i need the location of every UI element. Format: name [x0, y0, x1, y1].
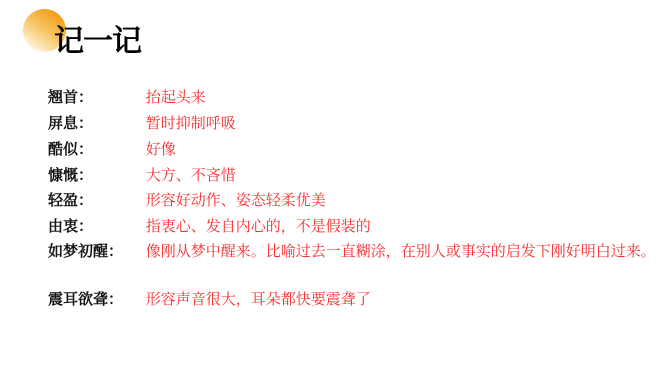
term-label: 震耳欲聋：: [48, 287, 141, 312]
term-label: 如梦初醒：: [48, 239, 141, 264]
definition-text: 形容好动作、姿态轻柔优美: [146, 191, 326, 209]
term-label: 酷似：: [48, 137, 141, 162]
definition-text: 形容声音很大，耳朵都快要震聋了: [146, 290, 371, 308]
definition-text: 暂时抑制呼吸: [146, 114, 236, 132]
term-label: 轻盈：: [48, 188, 141, 213]
definition-text: 好像: [146, 140, 176, 158]
vocabulary-row: 轻盈： 形容好动作、姿态轻柔优美: [48, 188, 326, 213]
vocabulary-row: 震耳欲聋： 形容声音很大，耳朵都快要震聋了: [48, 287, 371, 312]
term-label: 屏息：: [48, 111, 141, 136]
term-label: 翘首：: [48, 85, 141, 110]
definition-text: 抬起头来: [146, 88, 206, 106]
vocabulary-row: 由衷： 指衷心、发自内心的，不是假装的: [48, 214, 371, 239]
slide-canvas: 记一记 翘首： 抬起头来 屏息： 暂时抑制呼吸 酷似： 好像 慷慨： 大方、不吝…: [0, 0, 668, 376]
term-label: 由衷：: [48, 214, 141, 239]
vocabulary-row: 翘首： 抬起头来: [48, 85, 206, 110]
definition-text: 大方、不吝惜: [146, 166, 236, 184]
vocabulary-row: 如梦初醒： 像刚从梦中醒来。比喻过去一直糊涂，在别人或事实的启发下刚好明白过来。: [48, 239, 656, 264]
vocabulary-row: 酷似： 好像: [48, 137, 176, 162]
vocabulary-row: 屏息： 暂时抑制呼吸: [48, 111, 236, 136]
definition-text: 像刚从梦中醒来。比喻过去一直糊涂，在别人或事实的启发下刚好明白过来。: [146, 242, 656, 260]
definition-text: 指衷心、发自内心的，不是假装的: [146, 217, 371, 235]
term-label: 慷慨：: [48, 163, 141, 188]
vocabulary-row: 慷慨： 大方、不吝惜: [48, 163, 236, 188]
vocabulary-list: 翘首： 抬起头来 屏息： 暂时抑制呼吸 酷似： 好像 慷慨： 大方、不吝惜 轻盈…: [0, 0, 668, 376]
